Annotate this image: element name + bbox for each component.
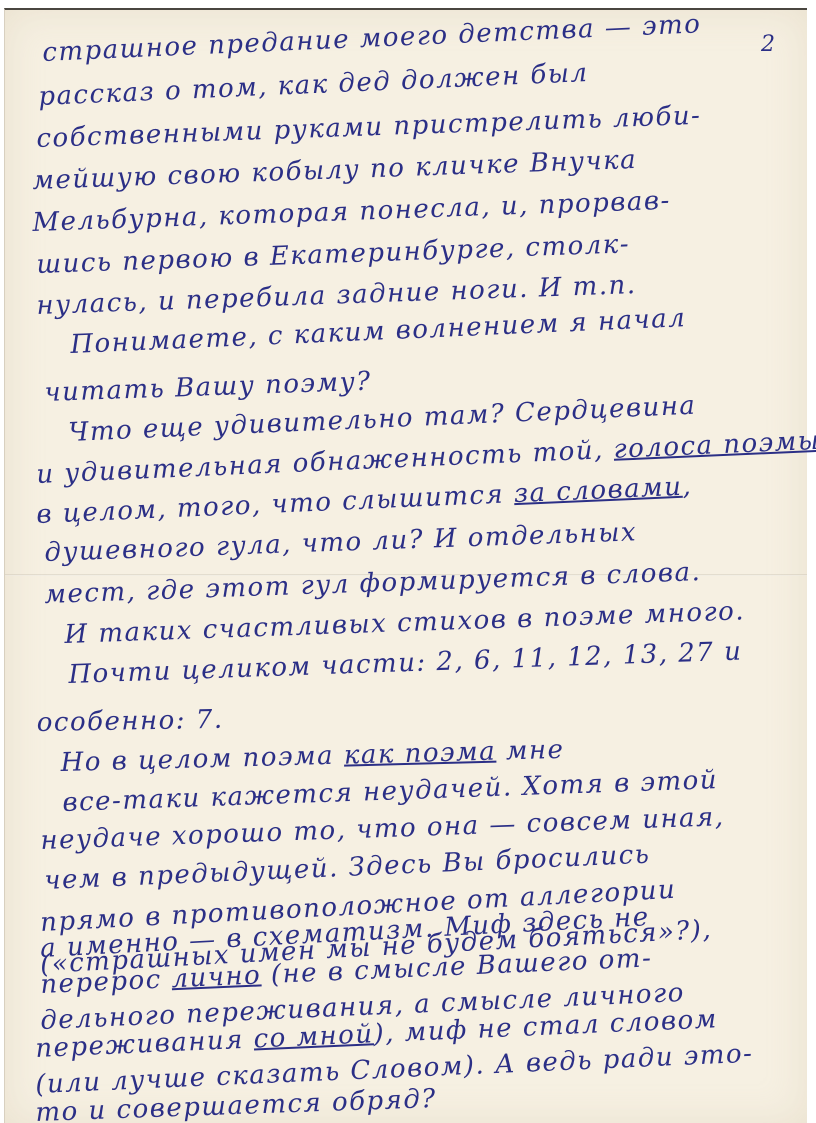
handwritten-line: Но в целом поэма как поэма мне: [60, 735, 565, 778]
underlined-phrase: за словами: [513, 472, 683, 509]
handwritten-line: рассказ о том, как дед должен был: [38, 58, 589, 112]
page-number: 2: [761, 32, 775, 57]
underlined-phrase: как поэма: [343, 737, 496, 771]
letter-page: 2 страшное предание моего детства — это …: [4, 8, 807, 1123]
handwritten-line: читать Вашу поэму?: [44, 367, 372, 408]
handwritten-line: особенно: 7.: [36, 705, 223, 738]
handwritten-line: мейшую свою кобылу по кличке Внучка: [32, 145, 638, 196]
underlined-phrase: голоса поэмы: [613, 426, 816, 465]
underlined-phrase: лично: [171, 960, 262, 994]
underlined-phrase: со мной: [253, 1019, 374, 1054]
handwritten-line: страшное предание моего детства — это: [42, 9, 702, 68]
